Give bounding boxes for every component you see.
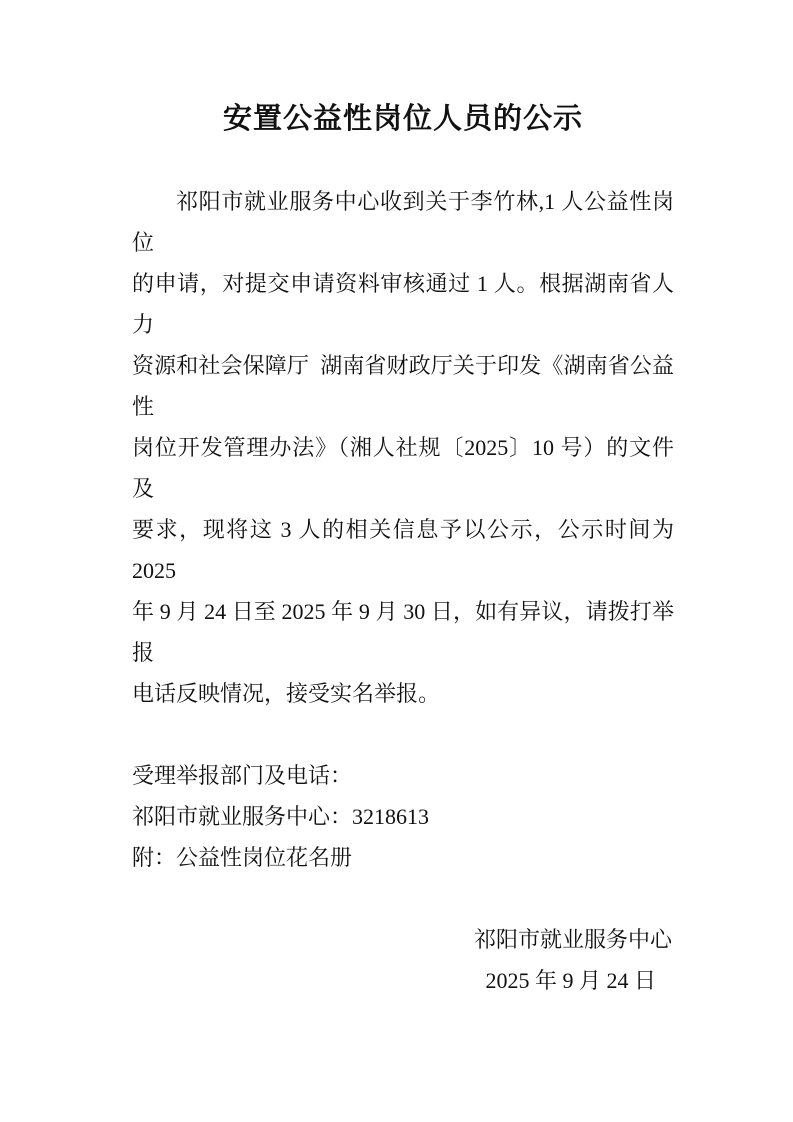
spacer <box>132 878 674 919</box>
notice-page: 安置公益性岗位人员的公示 祁阳市就业服务中心收到关于李竹林,1 人公益性岗位 的… <box>0 0 793 1122</box>
body-line-2: 的申请，对提交申请资料审核通过 1 人。根据湖南省人力 <box>132 263 674 345</box>
report-contact-heading: 受理举报部门及电话： <box>132 755 674 796</box>
document-body: 祁阳市就业服务中心收到关于李竹林,1 人公益性岗位 的申请，对提交申请资料审核通… <box>132 181 674 1001</box>
body-line-6: 年 9 月 24 日至 2025 年 9 月 30 日，如有异议，请拨打举报 <box>132 591 674 673</box>
report-contact-phone: 祁阳市就业服务中心：3218613 <box>132 796 674 837</box>
spacer <box>132 714 674 755</box>
document-title: 安置公益性岗位人员的公示 <box>132 100 674 138</box>
signature-organization: 祁阳市就业服务中心 <box>132 919 674 960</box>
body-line-1: 祁阳市就业服务中心收到关于李竹林,1 人公益性岗位 <box>132 181 674 263</box>
body-line-4: 岗位开发管理办法》（湘人社规〔2025〕10 号）的文件及 <box>132 427 674 509</box>
signature-date: 2025 年 9 月 24 日 <box>132 960 674 1001</box>
body-line-7: 电话反映情况，接受实名举报。 <box>132 673 674 714</box>
report-attachment-note: 附：公益性岗位花名册 <box>132 837 674 878</box>
body-line-5: 要求，现将这 3 人的相关信息予以公示，公示时间为 2025 <box>132 509 674 591</box>
body-line-3: 资源和社会保障厅 湖南省财政厅关于印发《湖南省公益性 <box>132 345 674 427</box>
